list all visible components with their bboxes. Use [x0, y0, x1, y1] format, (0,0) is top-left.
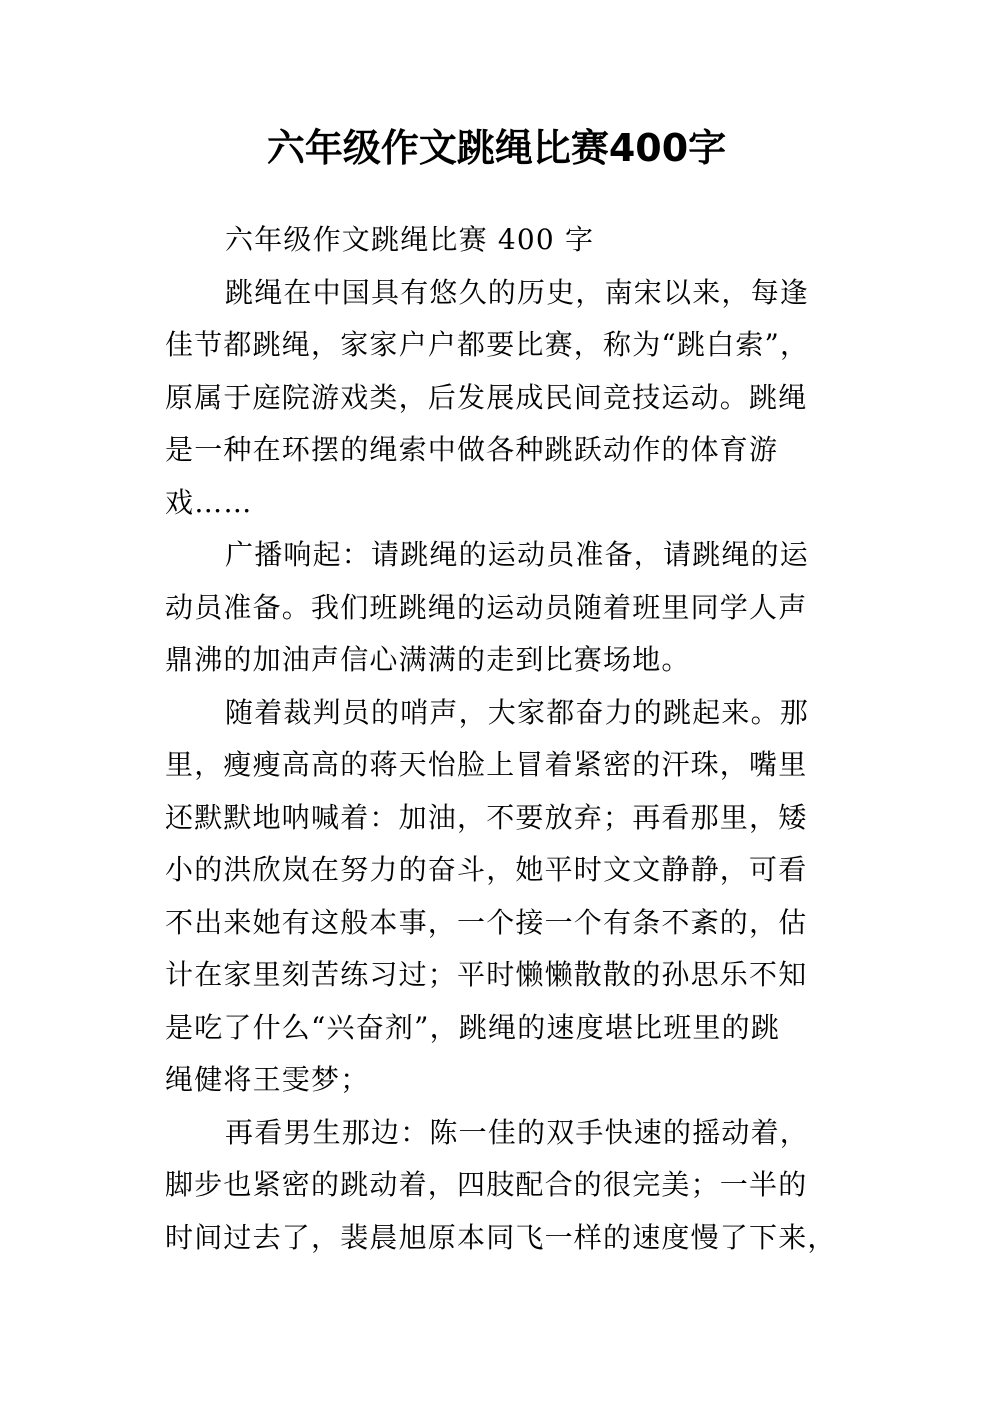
- document-page: 六年级作文跳绳比赛400字 六年级作文跳绳比赛 400 字 跳绳在中国具有悠久的…: [0, 0, 993, 1404]
- body-line: 广播响起：请跳绳的运动员准备，请跳绳的运: [165, 529, 835, 582]
- body-line: 再看男生那边：陈一佳的双手快速的摇动着，: [165, 1107, 835, 1160]
- body-line-subtitle: 六年级作文跳绳比赛 400 字: [165, 214, 835, 267]
- body-line: 是吃了什么“兴奋剂”，跳绳的速度堪比班里的跳: [165, 1002, 835, 1055]
- body-line: 不出来她有这般本事，一个接一个有条不紊的，估: [165, 897, 835, 950]
- body-line: 鼎沸的加油声信心满满的走到比赛场地。: [165, 634, 835, 687]
- body-line: 脚步也紧密的跳动着，四肢配合的很完美；一半的: [165, 1159, 835, 1212]
- body-line: 是一种在环摆的绳索中做各种跳跃动作的体育游: [165, 424, 835, 477]
- body-line: 佳节都跳绳，家家户户都要比赛，称为“跳白索”，: [165, 319, 835, 372]
- body-line: 跳绳在中国具有悠久的历史，南宋以来，每逢: [165, 267, 835, 320]
- body-line: 时间过去了，裴晨旭原本同飞一样的速度慢了下来，: [165, 1212, 835, 1265]
- body-line: 还默默地呐喊着：加油，不要放弃；再看那里，矮: [165, 792, 835, 845]
- body-line: 随着裁判员的哨声，大家都奋力的跳起来。那: [165, 687, 835, 740]
- body-line: 动员准备。我们班跳绳的运动员随着班里同学人声: [165, 582, 835, 635]
- body-line: 小的洪欣岚在努力的奋斗，她平时文文静静，可看: [165, 844, 835, 897]
- body-line: 计在家里刻苦练习过；平时懒懒散散的孙思乐不知: [165, 949, 835, 1002]
- body-line: 绳健将王雯梦；: [165, 1054, 835, 1107]
- body-line: 戏……: [165, 477, 835, 530]
- document-title: 六年级作文跳绳比赛400字: [0, 118, 993, 178]
- body-line: 原属于庭院游戏类，后发展成民间竞技运动。跳绳: [165, 372, 835, 425]
- document-body: 六年级作文跳绳比赛 400 字 跳绳在中国具有悠久的历史，南宋以来，每逢 佳节都…: [165, 214, 835, 1264]
- body-line: 里，瘦瘦高高的蒋天怡脸上冒着紧密的汗珠，嘴里: [165, 739, 835, 792]
